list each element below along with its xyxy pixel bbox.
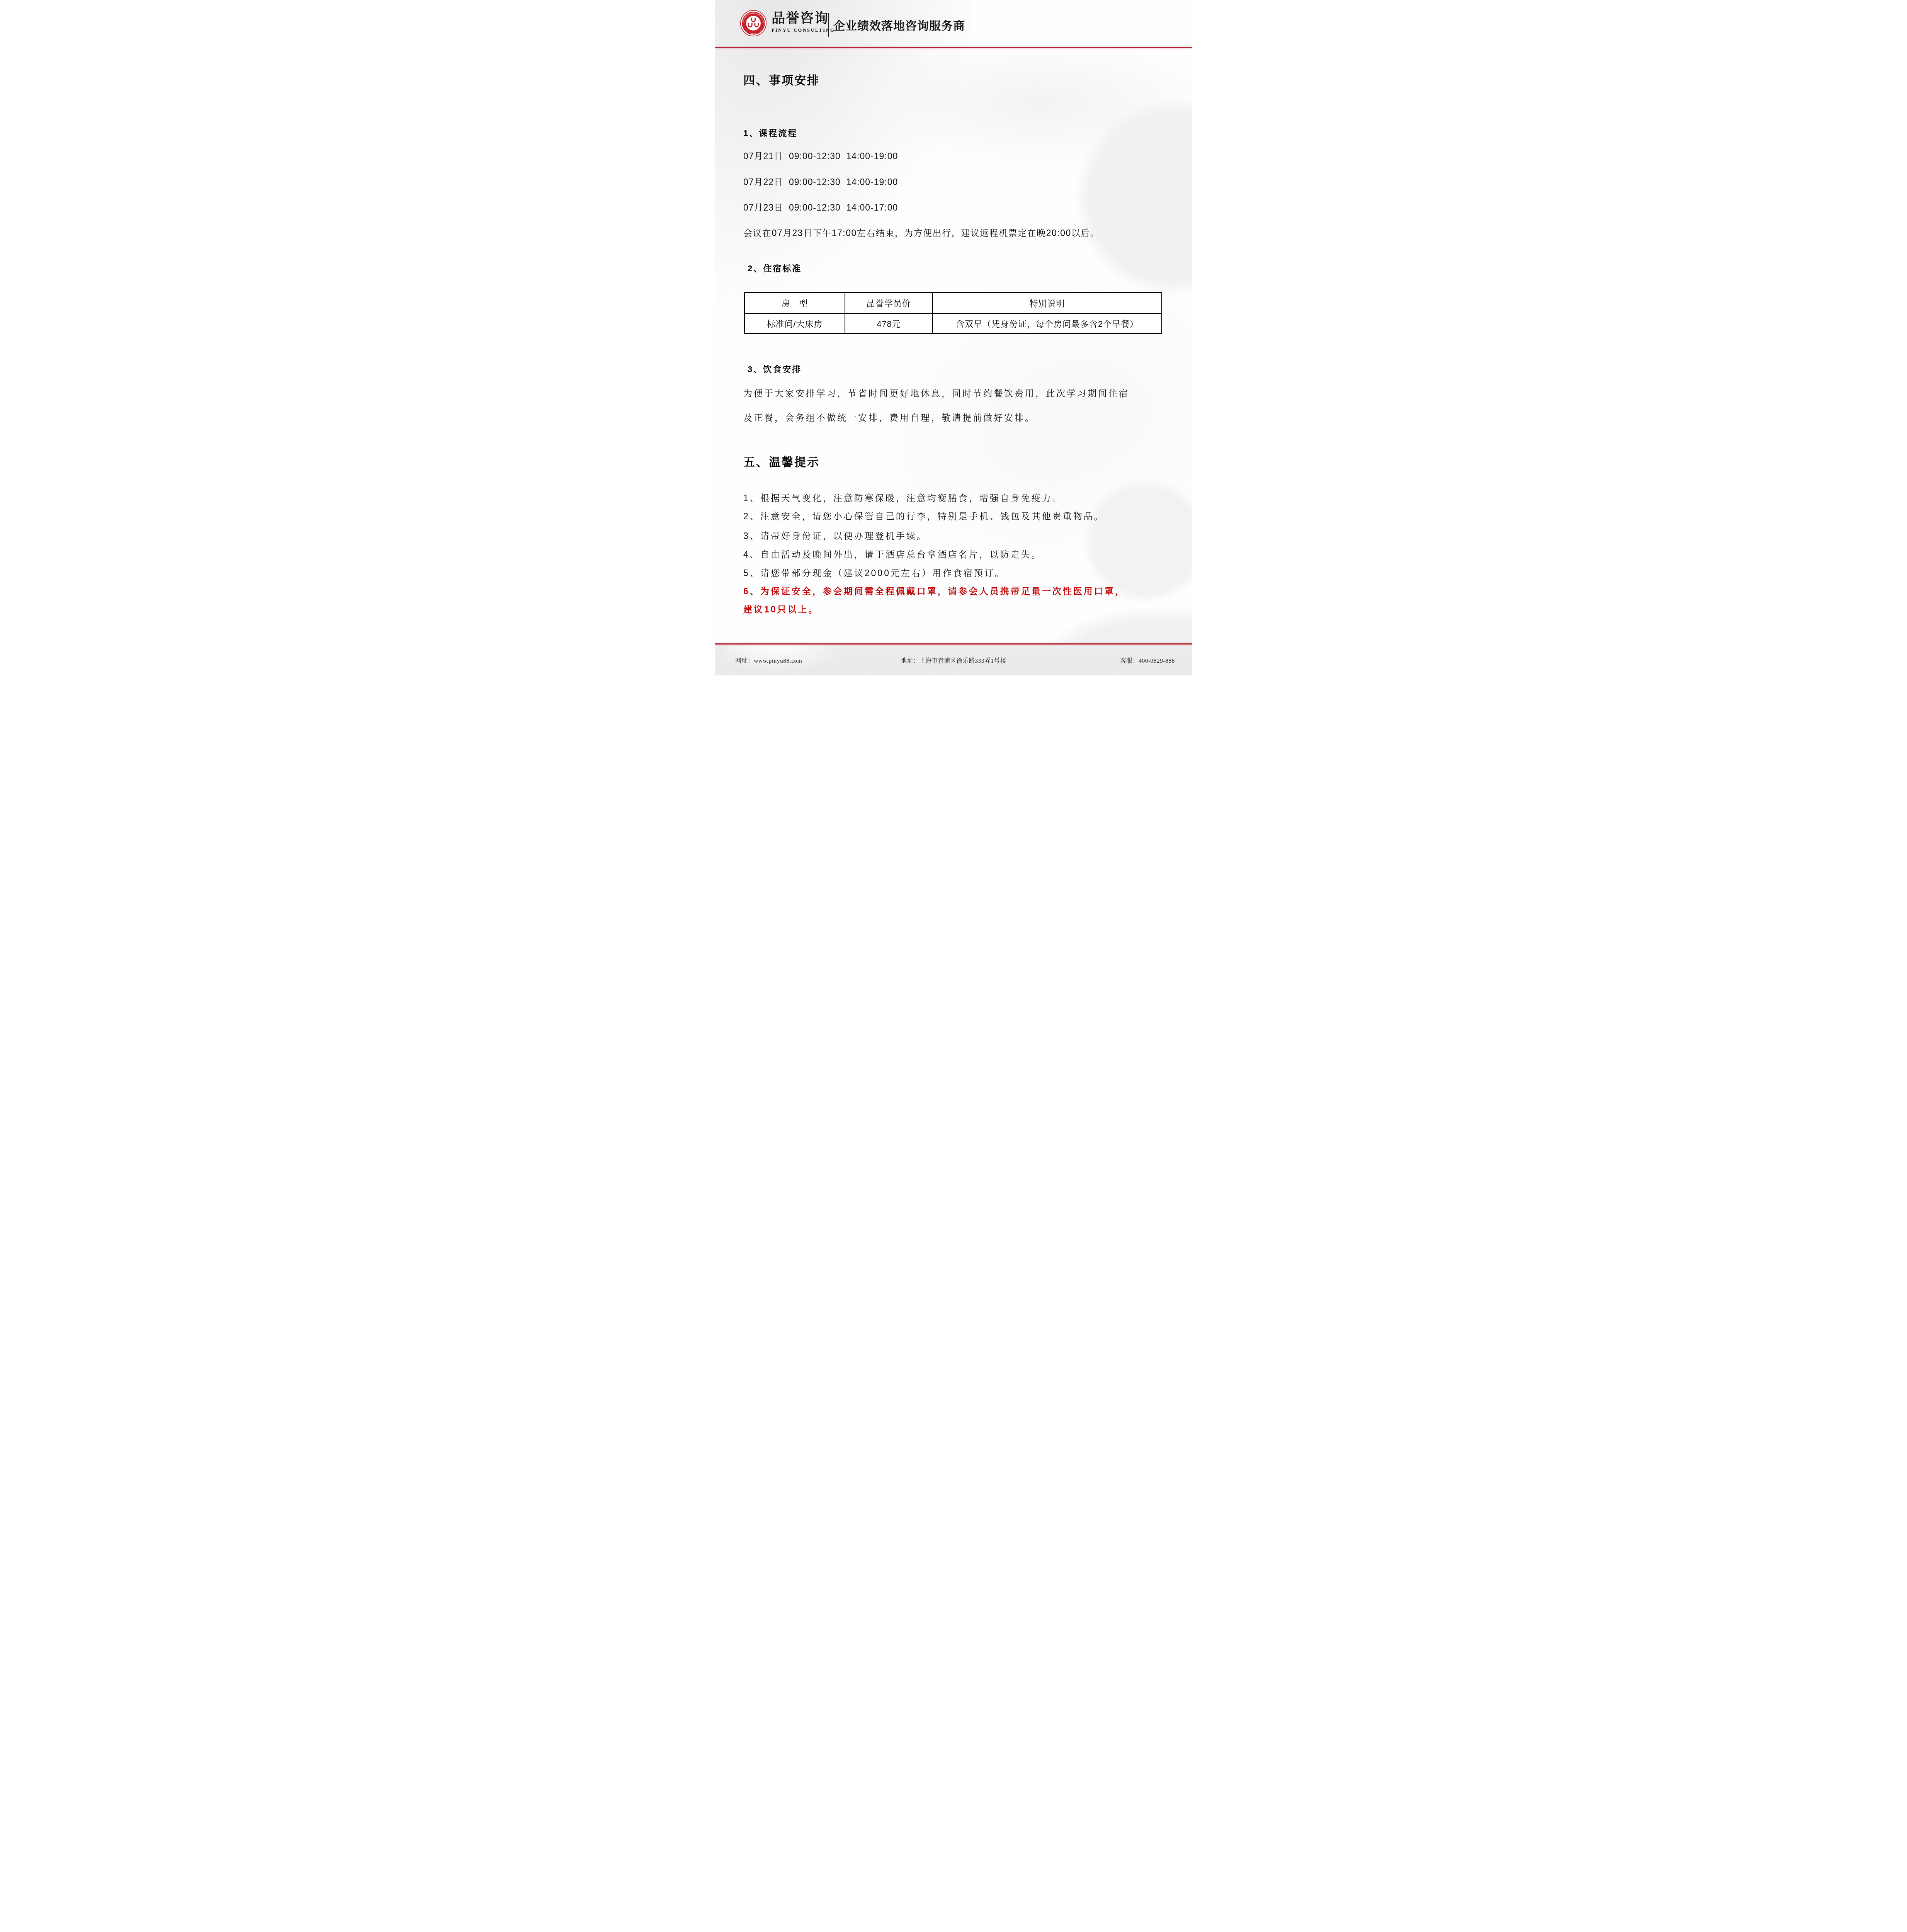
- cell-price: 478元: [845, 313, 933, 333]
- footer-rule: [715, 643, 1192, 645]
- pinyu-seal-icon: PINYU ENTERPRISE MANAGEMENT 2014: [740, 10, 767, 37]
- diet-paragraph-line: 为便于大家安排学习，节省时间更好地休息，同时节约餐饮费用，此次学习期间住宿: [743, 386, 1129, 399]
- tip-item: 2、注意安全，请您小心保管自己的行李，特别是手机、钱包及其他贵重物品。: [743, 509, 1105, 522]
- diet-paragraph-line: 及正餐，会务组不做统一安排，费用自理，敬请提前做好安排。: [743, 411, 1035, 423]
- subsection-title-course: 1、课程流程: [743, 127, 797, 139]
- section-title-tips: 五、温馨提示: [743, 452, 820, 469]
- document-page: PINYU ENTERPRISE MANAGEMENT 2014 品誉咨询 PI…: [715, 0, 1192, 675]
- section-title-arrangement: 四、事项安排: [743, 71, 820, 88]
- bg-circle-right: [1074, 99, 1192, 296]
- tip-warning-line: 建议10只以上。: [743, 602, 819, 615]
- footer-phone: 客服：400-0829-888: [1120, 656, 1175, 665]
- course-note: 会议在07月23日下午17:00左右结束，为方便出行，建议返程机票定在晚20:0…: [743, 226, 1100, 239]
- lodging-table: 房 型 品誉学员价 特别说明 标准间/大床房 478元 含双早（凭身份证，每个房…: [744, 292, 1162, 334]
- tip-item: 4、自由活动及晚间外出，请于酒店总台拿酒店名片，以防走失。: [743, 548, 1042, 560]
- cell-description: 含双早（凭身份证，每个房间最多含2个早餐）: [933, 313, 1162, 333]
- seal-year-text: 2014: [751, 33, 756, 36]
- brand-name-en: PINYU CONSULTING: [772, 27, 835, 33]
- cell-room-type: 标准间/大床房: [744, 313, 845, 333]
- subsection-title-lodging: 2、住宿标准: [748, 262, 802, 274]
- brand-name-cn: 品誉咨询: [772, 11, 835, 26]
- brand-divider: [828, 13, 829, 37]
- schedule-line: 07月23日 09:00-12:30 14:00-17:00: [743, 201, 898, 213]
- schedule-line: 07月22日 09:00-12:30 14:00-19:00: [743, 175, 898, 188]
- brand-tagline: 企业绩效落地咨询服务商: [833, 16, 965, 33]
- brand-block: 品誉咨询 PINYU CONSULTING: [772, 11, 835, 33]
- table-header-row: 房 型 品誉学员价 特别说明: [744, 293, 1162, 313]
- col-header-description: 特别说明: [933, 293, 1162, 313]
- schedule-line: 07月21日 09:00-12:30 14:00-19:00: [743, 149, 898, 162]
- col-header-price: 品誉学员价: [845, 293, 933, 313]
- tip-item: 1、根据天气变化，注意防寒保暖，注意均衡膳食，增强自身免疫力。: [743, 491, 1063, 504]
- col-header-room-type: 房 型: [744, 293, 845, 313]
- tip-item: 5、请您带部分现金（建议2000元左右）用作食宿预订。: [743, 566, 1005, 579]
- page-header: PINYU ENTERPRISE MANAGEMENT 2014 品誉咨询 PI…: [715, 0, 1192, 47]
- tip-warning-line: 6、为保证安全，参会期间需全程佩戴口罩，请参会人员携带足量一次性医用口罩，: [743, 584, 1125, 597]
- bg-wave-header: [858, 39, 1192, 166]
- header-rule: [715, 47, 1192, 48]
- tip-item: 3、请带好身份证，以便办理登机手续。: [743, 529, 927, 542]
- subsection-title-diet: 3、饮食安排: [748, 363, 802, 375]
- table-row: 标准间/大床房 478元 含双早（凭身份证，每个房间最多含2个早餐）: [744, 313, 1162, 333]
